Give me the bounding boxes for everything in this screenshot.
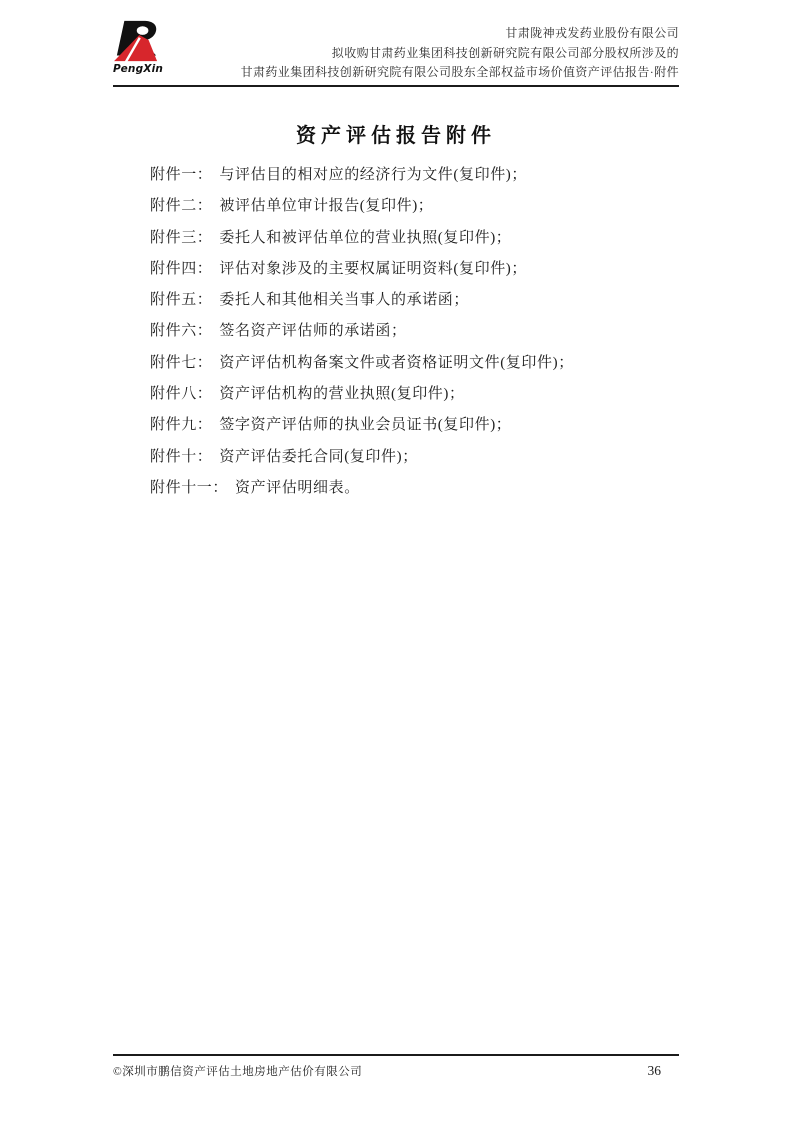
- attachment-list: 附件一：与评估目的相对应的经济行为文件(复印件)； 附件二：被评估单位审计报告(…: [150, 160, 574, 504]
- attachment-text: 资产评估机构的营业执照(复印件)；: [219, 386, 464, 402]
- attachment-text: 资产评估委托合同(复印件)；: [219, 449, 417, 465]
- header-line-1: 甘肃陇神戎发药业股份有限公司: [241, 24, 679, 44]
- page-footer: ©深圳市鹏信资产评估土地房地产估价有限公司 36: [113, 1063, 679, 1079]
- attachment-label: 附件十：: [150, 449, 212, 465]
- page-number: 36: [648, 1063, 662, 1079]
- attachment-item: 附件七：资产评估机构备案文件或者资格证明文件(复印件)；: [150, 348, 574, 379]
- attachment-label: 附件六：: [150, 323, 212, 339]
- attachment-label: 附件三：: [150, 230, 212, 246]
- page-header: PengXin 甘肃陇神戎发药业股份有限公司 拟收购甘肃药业集团科技创新研究院有…: [113, 20, 679, 83]
- attachment-text: 与评估目的相对应的经济行为文件(复印件)；: [219, 167, 527, 183]
- footer-copyright: ©深圳市鹏信资产评估土地房地产估价有限公司: [113, 1063, 362, 1079]
- attachment-label: 附件一：: [150, 167, 212, 183]
- attachment-item: 附件六：签名资产评估师的承诺函；: [150, 316, 574, 347]
- attachment-text: 委托人和其他相关当事人的承诺函；: [219, 292, 469, 308]
- page-title: 资产评估报告附件: [113, 119, 679, 148]
- attachment-label: 附件九：: [150, 417, 212, 433]
- attachment-item: 附件二：被评估单位审计报告(复印件)；: [150, 191, 574, 222]
- attachment-text: 资产评估明细表。: [235, 480, 360, 496]
- document-page: PengXin 甘肃陇神戎发药业股份有限公司 拟收购甘肃药业集团科技创新研究院有…: [0, 0, 793, 1122]
- pengxin-r-icon: [113, 20, 160, 63]
- attachment-label: 附件四：: [150, 261, 212, 277]
- attachment-text: 委托人和被评估单位的营业执照(复印件)；: [219, 230, 511, 246]
- attachment-item: 附件一：与评估目的相对应的经济行为文件(复印件)；: [150, 160, 574, 191]
- attachment-item: 附件九：签字资产评估师的执业会员证书(复印件)；: [150, 410, 574, 441]
- attachment-label: 附件五：: [150, 292, 212, 308]
- attachment-label: 附件八：: [150, 386, 212, 402]
- attachment-text: 资产评估机构备案文件或者资格证明文件(复印件)；: [219, 355, 573, 371]
- attachment-label: 附件二：: [150, 198, 212, 214]
- attachment-item: 附件四：评估对象涉及的主要权属证明资料(复印件)；: [150, 254, 574, 285]
- attachment-item: 附件十一：资产评估明细表。: [150, 473, 574, 504]
- attachment-label: 附件七：: [150, 355, 212, 371]
- attachment-item: 附件十：资产评估委托合同(复印件)；: [150, 442, 574, 473]
- attachment-text: 签字资产评估师的执业会员证书(复印件)；: [219, 417, 511, 433]
- company-logo: PengXin: [113, 20, 175, 75]
- attachment-item: 附件八：资产评估机构的营业执照(复印件)；: [150, 379, 574, 410]
- header-divider: [113, 85, 679, 87]
- attachment-label: 附件十一：: [150, 480, 228, 496]
- header-line-3: 甘肃药业集团科技创新研究院有限公司股东全部权益市场价值资产评估报告·附件: [241, 63, 679, 83]
- attachment-item: 附件三：委托人和被评估单位的营业执照(复印件)；: [150, 223, 574, 254]
- attachment-text: 被评估单位审计报告(复印件)；: [219, 198, 433, 214]
- header-line-2: 拟收购甘肃药业集团科技创新研究院有限公司部分股权所涉及的: [241, 44, 679, 64]
- attachment-item: 附件五：委托人和其他相关当事人的承诺函；: [150, 285, 574, 316]
- attachment-text: 评估对象涉及的主要权属证明资料(复印件)；: [219, 261, 527, 277]
- logo-brand-text: PengXin: [113, 63, 175, 75]
- attachment-text: 签名资产评估师的承诺函；: [219, 323, 406, 339]
- header-title-block: 甘肃陇神戎发药业股份有限公司 拟收购甘肃药业集团科技创新研究院有限公司部分股权所…: [241, 24, 679, 83]
- footer-divider: [113, 1054, 679, 1056]
